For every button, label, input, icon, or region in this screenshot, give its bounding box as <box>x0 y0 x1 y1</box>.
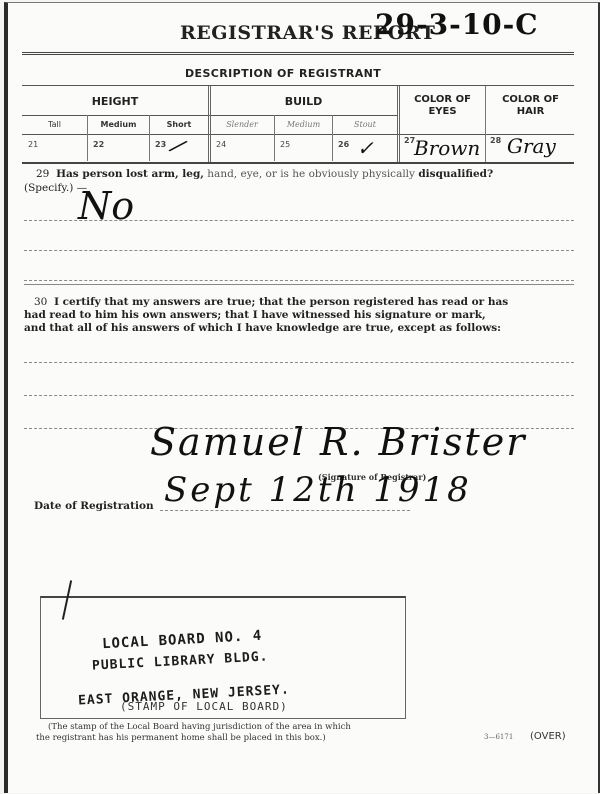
certification-text: and that all of his answers of which I h… <box>24 322 501 334</box>
answer-line <box>24 362 574 363</box>
table-rule <box>485 86 486 162</box>
stamp-text: EAST <box>78 692 114 709</box>
field-number: 25 <box>280 140 290 149</box>
field-number: 28 <box>490 136 501 145</box>
title-divider <box>22 52 574 55</box>
registrar-signature: Samuel R. Brister <box>150 420 526 464</box>
stout-check-mark: ✓ <box>357 136 374 160</box>
form-code: 3—6171 <box>484 733 513 741</box>
certification-text: I certify that my answers are true; that… <box>54 296 508 308</box>
certification-text: had read to him his own answers; that I … <box>24 309 486 321</box>
section-title: DESCRIPTION OF REGISTRANT <box>185 67 381 80</box>
height-medium-label: Medium <box>88 120 149 129</box>
build-medium-label: Medium <box>275 120 332 129</box>
field-number: 23 <box>155 140 166 149</box>
question-29: 29 Has person lost arm, leg, hand, eye, … <box>36 168 596 180</box>
hair-color-value: Gray <box>507 134 556 158</box>
question-text: hand, eye, or is he obviously physically <box>207 168 415 180</box>
stamp-note-line-1: (The stamp of the Local Board having jur… <box>48 722 351 732</box>
section-divider <box>24 284 574 285</box>
question-number: 30 <box>34 296 47 308</box>
serial-number-stamp: 29-3-10-C <box>375 8 539 41</box>
stamp-text: JERSEY. <box>228 682 290 700</box>
field-number: 21 <box>28 140 38 149</box>
table-rule <box>22 134 574 135</box>
date-line <box>160 510 410 511</box>
question-text: Has person lost arm, leg, <box>56 168 204 180</box>
field-number: 26 <box>338 140 349 149</box>
build-slender-label: Slender <box>210 120 274 129</box>
build-stout-label: Stout <box>333 120 397 129</box>
answer-line <box>24 250 574 251</box>
height-tall-label: Tall <box>22 120 87 129</box>
field-number: 24 <box>216 140 226 149</box>
question-number: 29 <box>36 168 49 180</box>
answer-line <box>24 395 574 396</box>
stamp-note-line-2: the registrant has his permanent home sh… <box>36 733 326 743</box>
answer-line <box>24 220 574 221</box>
eye-color-value: Brown <box>414 136 480 160</box>
description-table: HEIGHT BUILD COLOR OF EYES COLOR OF HAIR… <box>22 85 574 164</box>
build-header: BUILD <box>210 95 397 108</box>
eyes-header: COLOR OF EYES <box>400 94 485 118</box>
hair-header: COLOR OF HAIR <box>487 94 574 118</box>
registration-date-label: Date of Registration <box>34 500 154 512</box>
answer-line <box>24 280 574 281</box>
field-number: 22 <box>93 140 104 149</box>
registration-date: Sept 12th 1918 <box>164 470 472 510</box>
question-29-answer: No <box>78 184 134 228</box>
question-text: disqualified? <box>418 168 493 180</box>
over-label: (OVER) <box>530 731 566 742</box>
short-check-mark: / <box>168 134 188 159</box>
question-30: 30 I certify that my answers are true; t… <box>24 296 580 335</box>
height-header: HEIGHT <box>22 95 208 108</box>
height-short-label: Short <box>150 120 208 129</box>
stamp-caption: (STAMP OF LOCAL BOARD) <box>120 700 288 713</box>
